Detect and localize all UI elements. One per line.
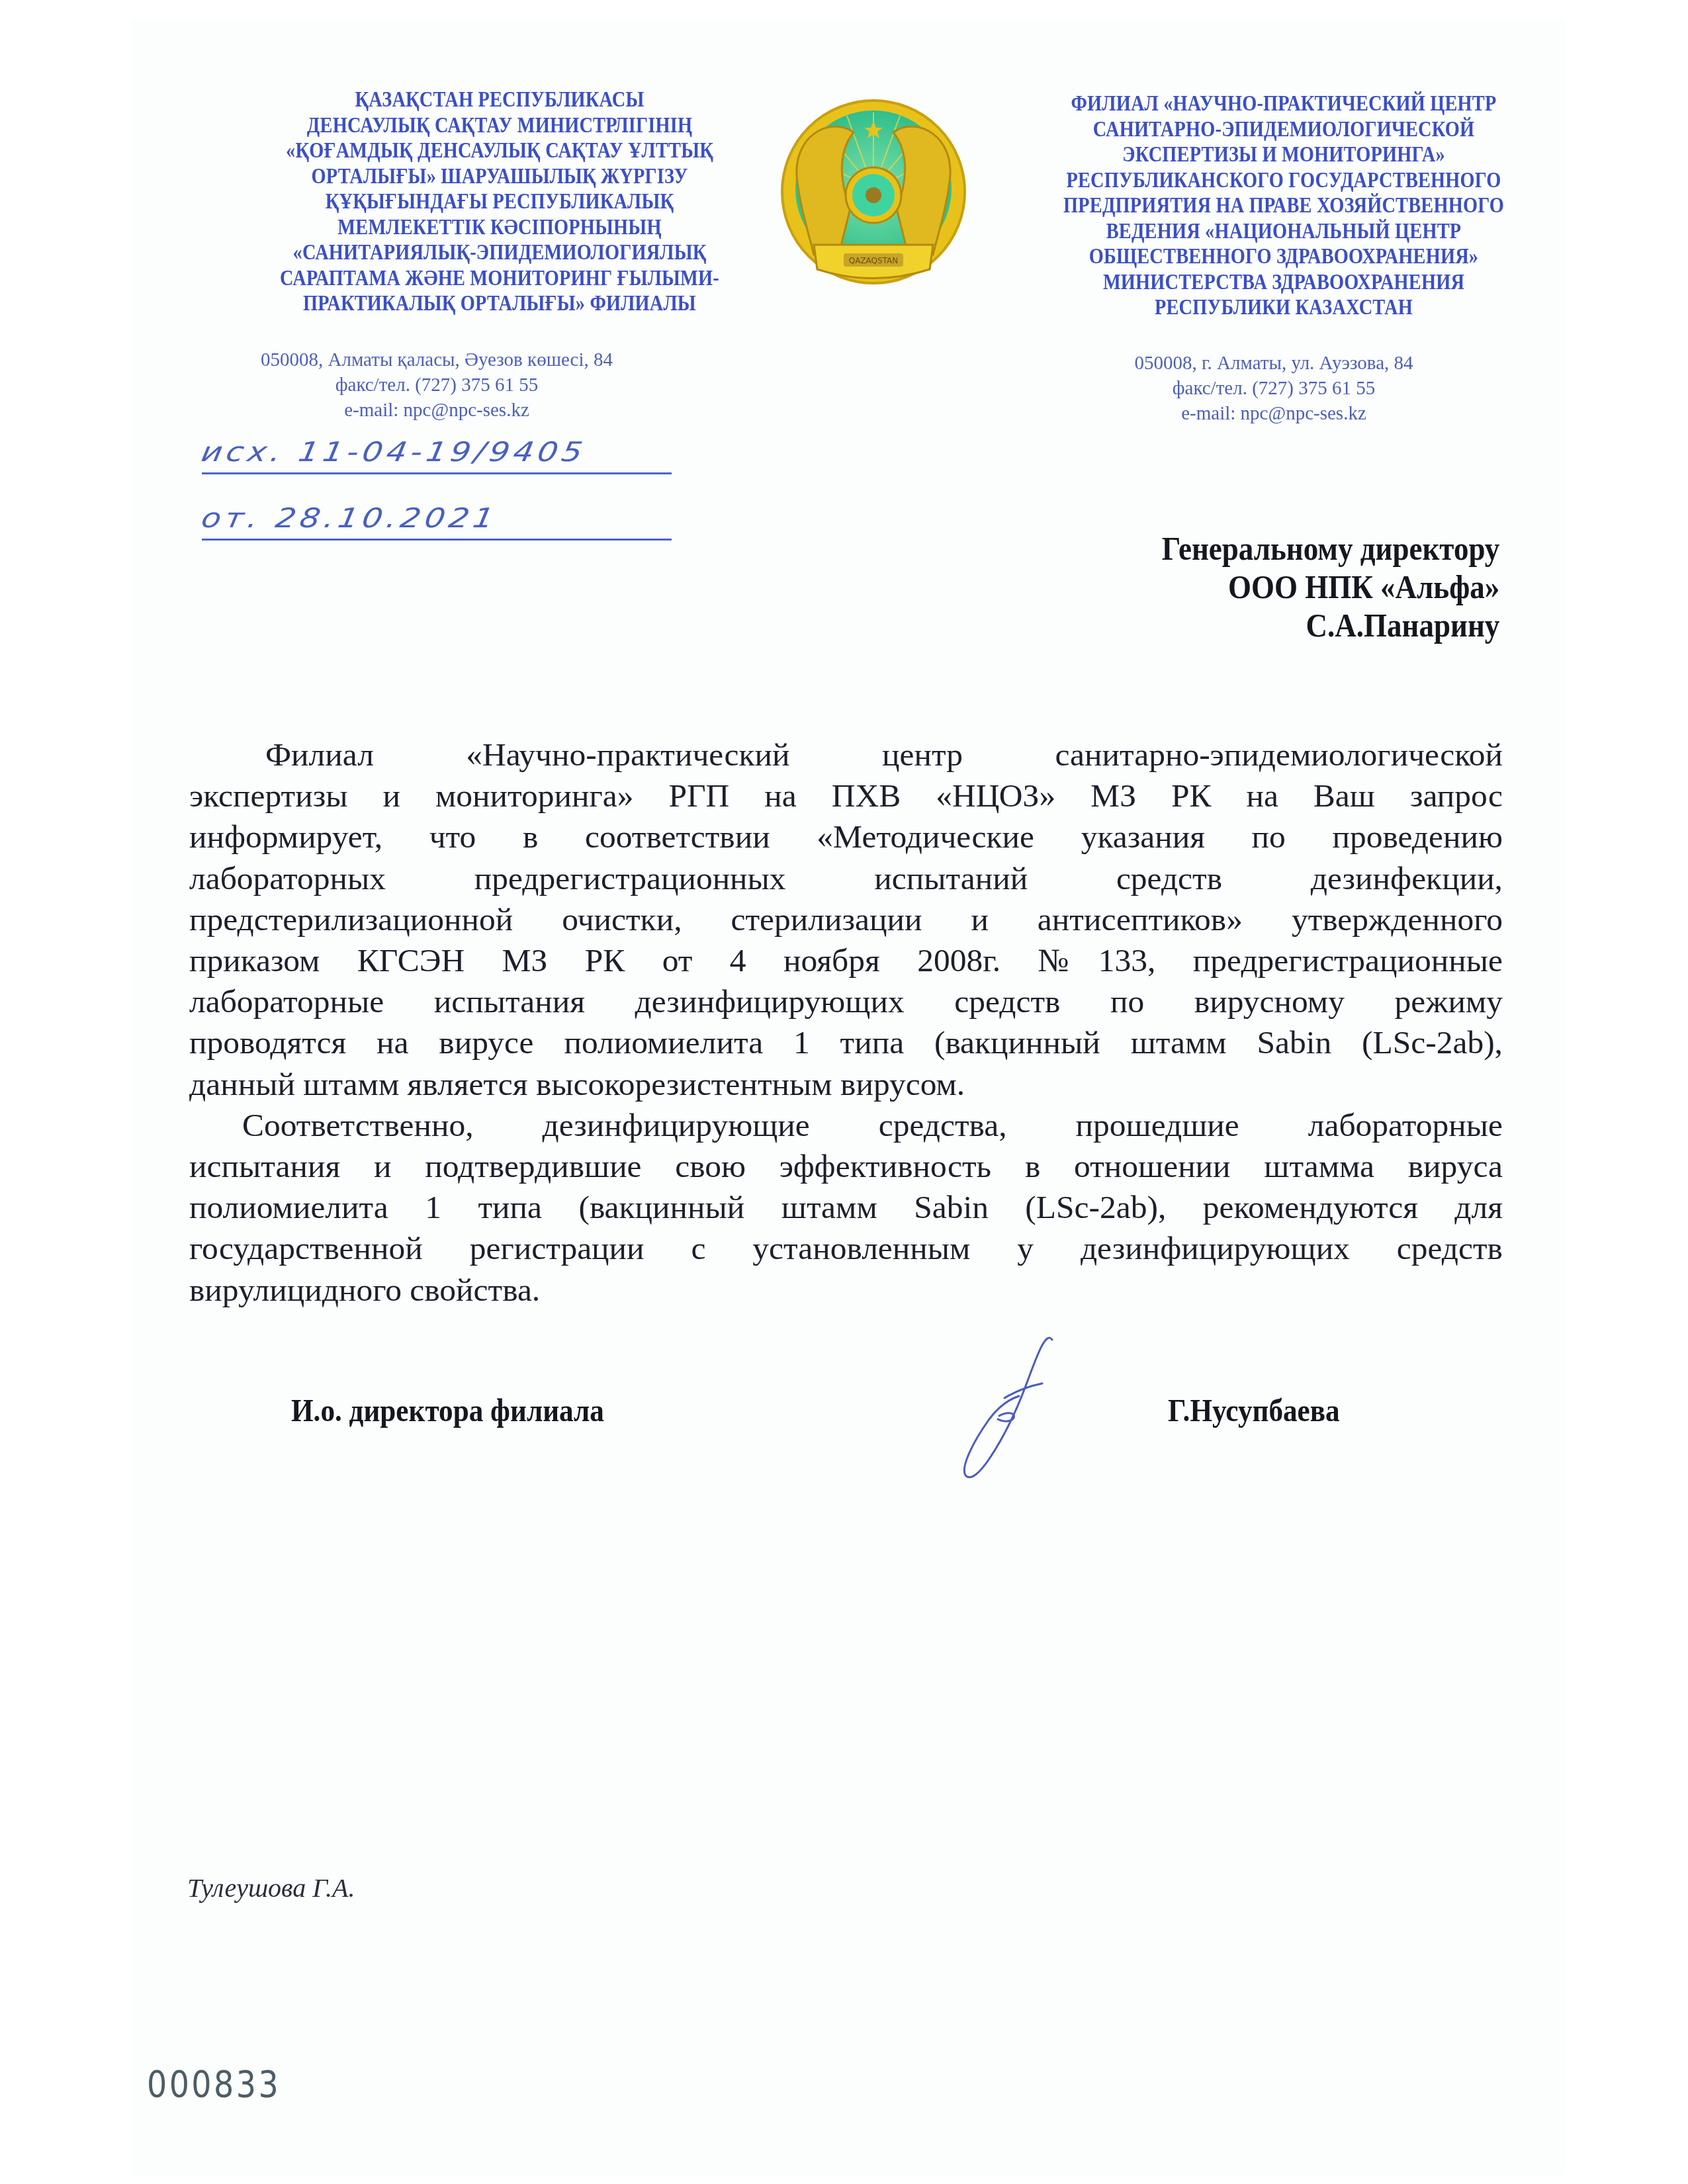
outgoing-date-handwritten: от. 28.10.2021 — [199, 502, 500, 534]
addressee-position: Генеральному директору — [1161, 529, 1499, 568]
outgoing-number-handwritten: исх. 11-04-19/9405 — [199, 436, 589, 468]
body-line: предстерилизационной очистки, стерилизац… — [189, 899, 1503, 940]
header-russian-organization: ФИЛИАЛ «НАУЧНО-ПРАКТИЧЕСКИЙ ЦЕНТР САНИТА… — [999, 91, 1568, 321]
executor-name: Тулеушова Г.А. — [187, 1872, 355, 1903]
handwritten-signature-icon — [893, 1333, 1065, 1485]
body-line: экспертизы и мониторинга» РГП на ПХВ «НЦ… — [189, 775, 1503, 816]
address-line: 050008, Алматы қаласы, Әуезов көшесі, 84 — [205, 347, 668, 372]
header-ru-line: САНИТАРНО-ЭПИДЕМИОЛОГИЧЕСКОЙ — [999, 117, 1568, 143]
header-ru-line: ВЕДЕНИЯ «НАЦИОНАЛЬНЫЙ ЦЕНТР — [999, 219, 1568, 245]
document-serial-number: 000833 — [147, 2063, 281, 2106]
kazakhstan-state-emblem-icon: QAZAQSTAN — [777, 96, 969, 288]
header-kz-line: ҚҰҚЫҒЫНДАҒЫ РЕСПУБЛИКАЛЫҚ — [193, 189, 807, 215]
addressee-block: Генеральному директору ООО НПК «Альфа» С… — [1161, 529, 1499, 644]
header-ru-line: РЕСПУБЛИКАНСКОГО ГОСУДАРСТВЕННОГО — [999, 168, 1568, 194]
body-line: лабораторных предрегистрационных испытан… — [189, 858, 1503, 899]
body-line: Филиал «Научно-практический центр санита… — [189, 734, 1503, 775]
header-ru-line: РЕСПУБЛИКИ КАЗАХСТАН — [999, 295, 1568, 321]
header-kz-line: ҚАЗАҚСТАН РЕСПУБЛИКАСЫ — [193, 87, 807, 113]
signatory-title: И.о. директора филиала — [291, 1393, 604, 1429]
body-line: информирует, что в соответствии «Методич… — [189, 816, 1503, 857]
paragraph-2: Соответственно, дезинфицирующие средства… — [189, 1105, 1503, 1311]
email-line: e-mail: npc@npc-ses.kz — [205, 398, 668, 423]
field-underline — [202, 539, 672, 541]
address-russian: 050008, г. Алматы, ул. Ауэзова, 84 факс/… — [1059, 351, 1489, 426]
phone-line: факс/тел. (727) 375 61 55 — [205, 372, 668, 398]
paragraph-1: Филиал «Научно-практический центр санита… — [189, 734, 1503, 1105]
header-ru-line: ЭКСПЕРТИЗЫ И МОНИТОРИНГА» — [999, 142, 1568, 168]
letter-body: Филиал «Научно-практический центр санита… — [189, 734, 1503, 1311]
body-line: приказом КГСЭН МЗ РК от 4 ноября 2008г. … — [189, 940, 1503, 981]
header-kz-line: ОРТАЛЫҒЫ» ШАРУАШЫЛЫҚ ЖҮРГІЗУ — [193, 164, 807, 190]
outgoing-number-field: исх. 11-04-19/9405 — [202, 433, 672, 474]
body-line: лабораторные испытания дезинфицирующих с… — [189, 981, 1503, 1022]
email-line: e-mail: npc@npc-ses.kz — [1059, 401, 1489, 426]
header-kz-line: МЕМЛЕКЕТТІК КӘСІПОРНЫНЫҢ — [193, 215, 807, 241]
header-kz-line: «ҚОҒАМДЫҚ ДЕНСАУЛЫҚ САҚТАУ ҰЛТТЫҚ — [193, 138, 807, 164]
signatory-name: Г.Нусупбаева — [1168, 1393, 1340, 1429]
addressee-company: ООО НПК «Альфа» — [1161, 568, 1499, 606]
header-ru-line: ФИЛИАЛ «НАУЧНО-ПРАКТИЧЕСКИЙ ЦЕНТР — [999, 91, 1568, 117]
header-ru-line: ПРЕДПРИЯТИЯ НА ПРАВЕ ХОЗЯЙСТВЕННОГО — [999, 193, 1568, 219]
body-line: данный штамм является высокорезистентным… — [189, 1064, 1503, 1105]
header-ru-line: МИНИСТЕРСТВА ЗДРАВООХРАНЕНИЯ — [999, 270, 1568, 296]
field-underline — [202, 472, 672, 474]
body-line: вирулицидного свойства. — [189, 1270, 1503, 1311]
address-line: 050008, г. Алматы, ул. Ауэзова, 84 — [1059, 351, 1489, 376]
header-kz-line: ПРАКТИКАЛЫҚ ОРТАЛЫҒЫ» ФИЛИАЛЫ — [193, 291, 807, 317]
header-ru-line: ОБЩЕСТВЕННОГО ЗДРАВООХРАНЕНИЯ» — [999, 244, 1568, 270]
body-line: Соответственно, дезинфицирующие средства… — [189, 1105, 1503, 1146]
header-kz-line: «САНИТАРИЯЛЫҚ-ЭПИДЕМИОЛОГИЯЛЫҚ — [193, 240, 807, 266]
body-line: полиомиелита 1 типа (вакцинный штамм Sab… — [189, 1187, 1503, 1228]
phone-line: факс/тел. (727) 375 61 55 — [1059, 376, 1489, 401]
address-kazakh: 050008, Алматы қаласы, Әуезов көшесі, 84… — [205, 347, 668, 423]
svg-text:QAZAQSTAN: QAZAQSTAN — [849, 256, 899, 265]
header-kz-line: САРАПТАМА ЖӘНЕ МОНИТОРИНГ ҒЫЛЫМИ- — [193, 266, 807, 292]
outgoing-date-field: от. 28.10.2021 — [202, 500, 672, 541]
header-kz-line: ДЕНСАУЛЫҚ САҚТАУ МИНИСТРЛІГІНІҢ — [193, 113, 807, 139]
body-line: проводятся на вирусе полиомиелита 1 типа… — [189, 1022, 1503, 1063]
body-line: испытания и подтвердившие свою эффективн… — [189, 1146, 1503, 1187]
addressee-name: С.А.Панарину — [1161, 606, 1499, 644]
header-kazakh-organization: ҚАЗАҚСТАН РЕСПУБЛИКАСЫ ДЕНСАУЛЫҚ САҚТАУ … — [193, 87, 807, 317]
body-line: государственной регистрации с установлен… — [189, 1228, 1503, 1269]
